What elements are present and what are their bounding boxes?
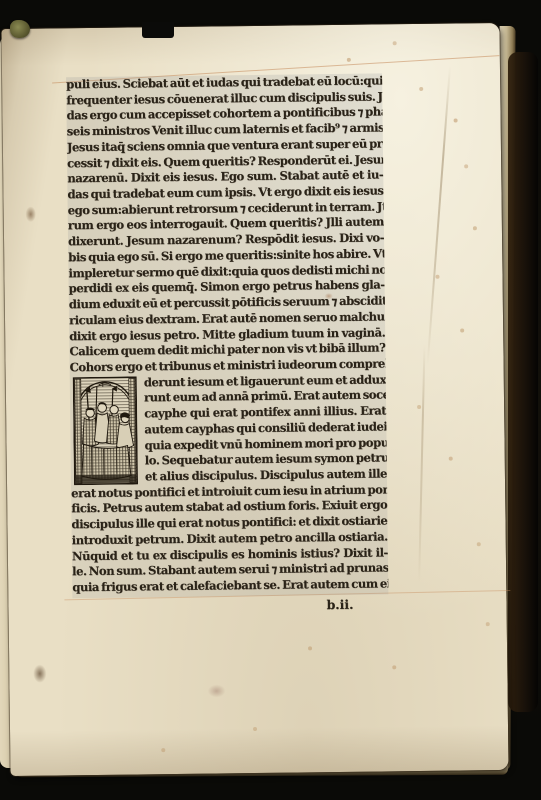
printed-text-block: puli eius. Sciebat aūt et iudas qui trad… (66, 73, 388, 598)
foxing-speckles (1, 29, 3, 31)
recto-page: puli eius. Sciebat aūt et iudas qui trad… (1, 23, 508, 776)
text-line: quia frigus erat et calefaciebant se. Er… (72, 576, 388, 596)
parchment-crease (427, 66, 451, 365)
binding-tab (142, 22, 174, 38)
quire-signature-mark: b.ii. (326, 596, 386, 612)
stain-spot (26, 207, 36, 222)
book-cover-edge (508, 52, 538, 712)
parchment-crease (418, 344, 425, 584)
photograph-of-book-page: puli eius. Sciebat aūt et iudas qui trad… (0, 0, 541, 800)
stain-spot (207, 684, 225, 697)
stain-spot (33, 665, 46, 683)
clasp-remnant (10, 20, 30, 38)
arrest-of-christ-woodcut-icon (73, 376, 138, 485)
text-lines: puli eius. Sciebat aūt et iudas qui trad… (66, 73, 388, 596)
